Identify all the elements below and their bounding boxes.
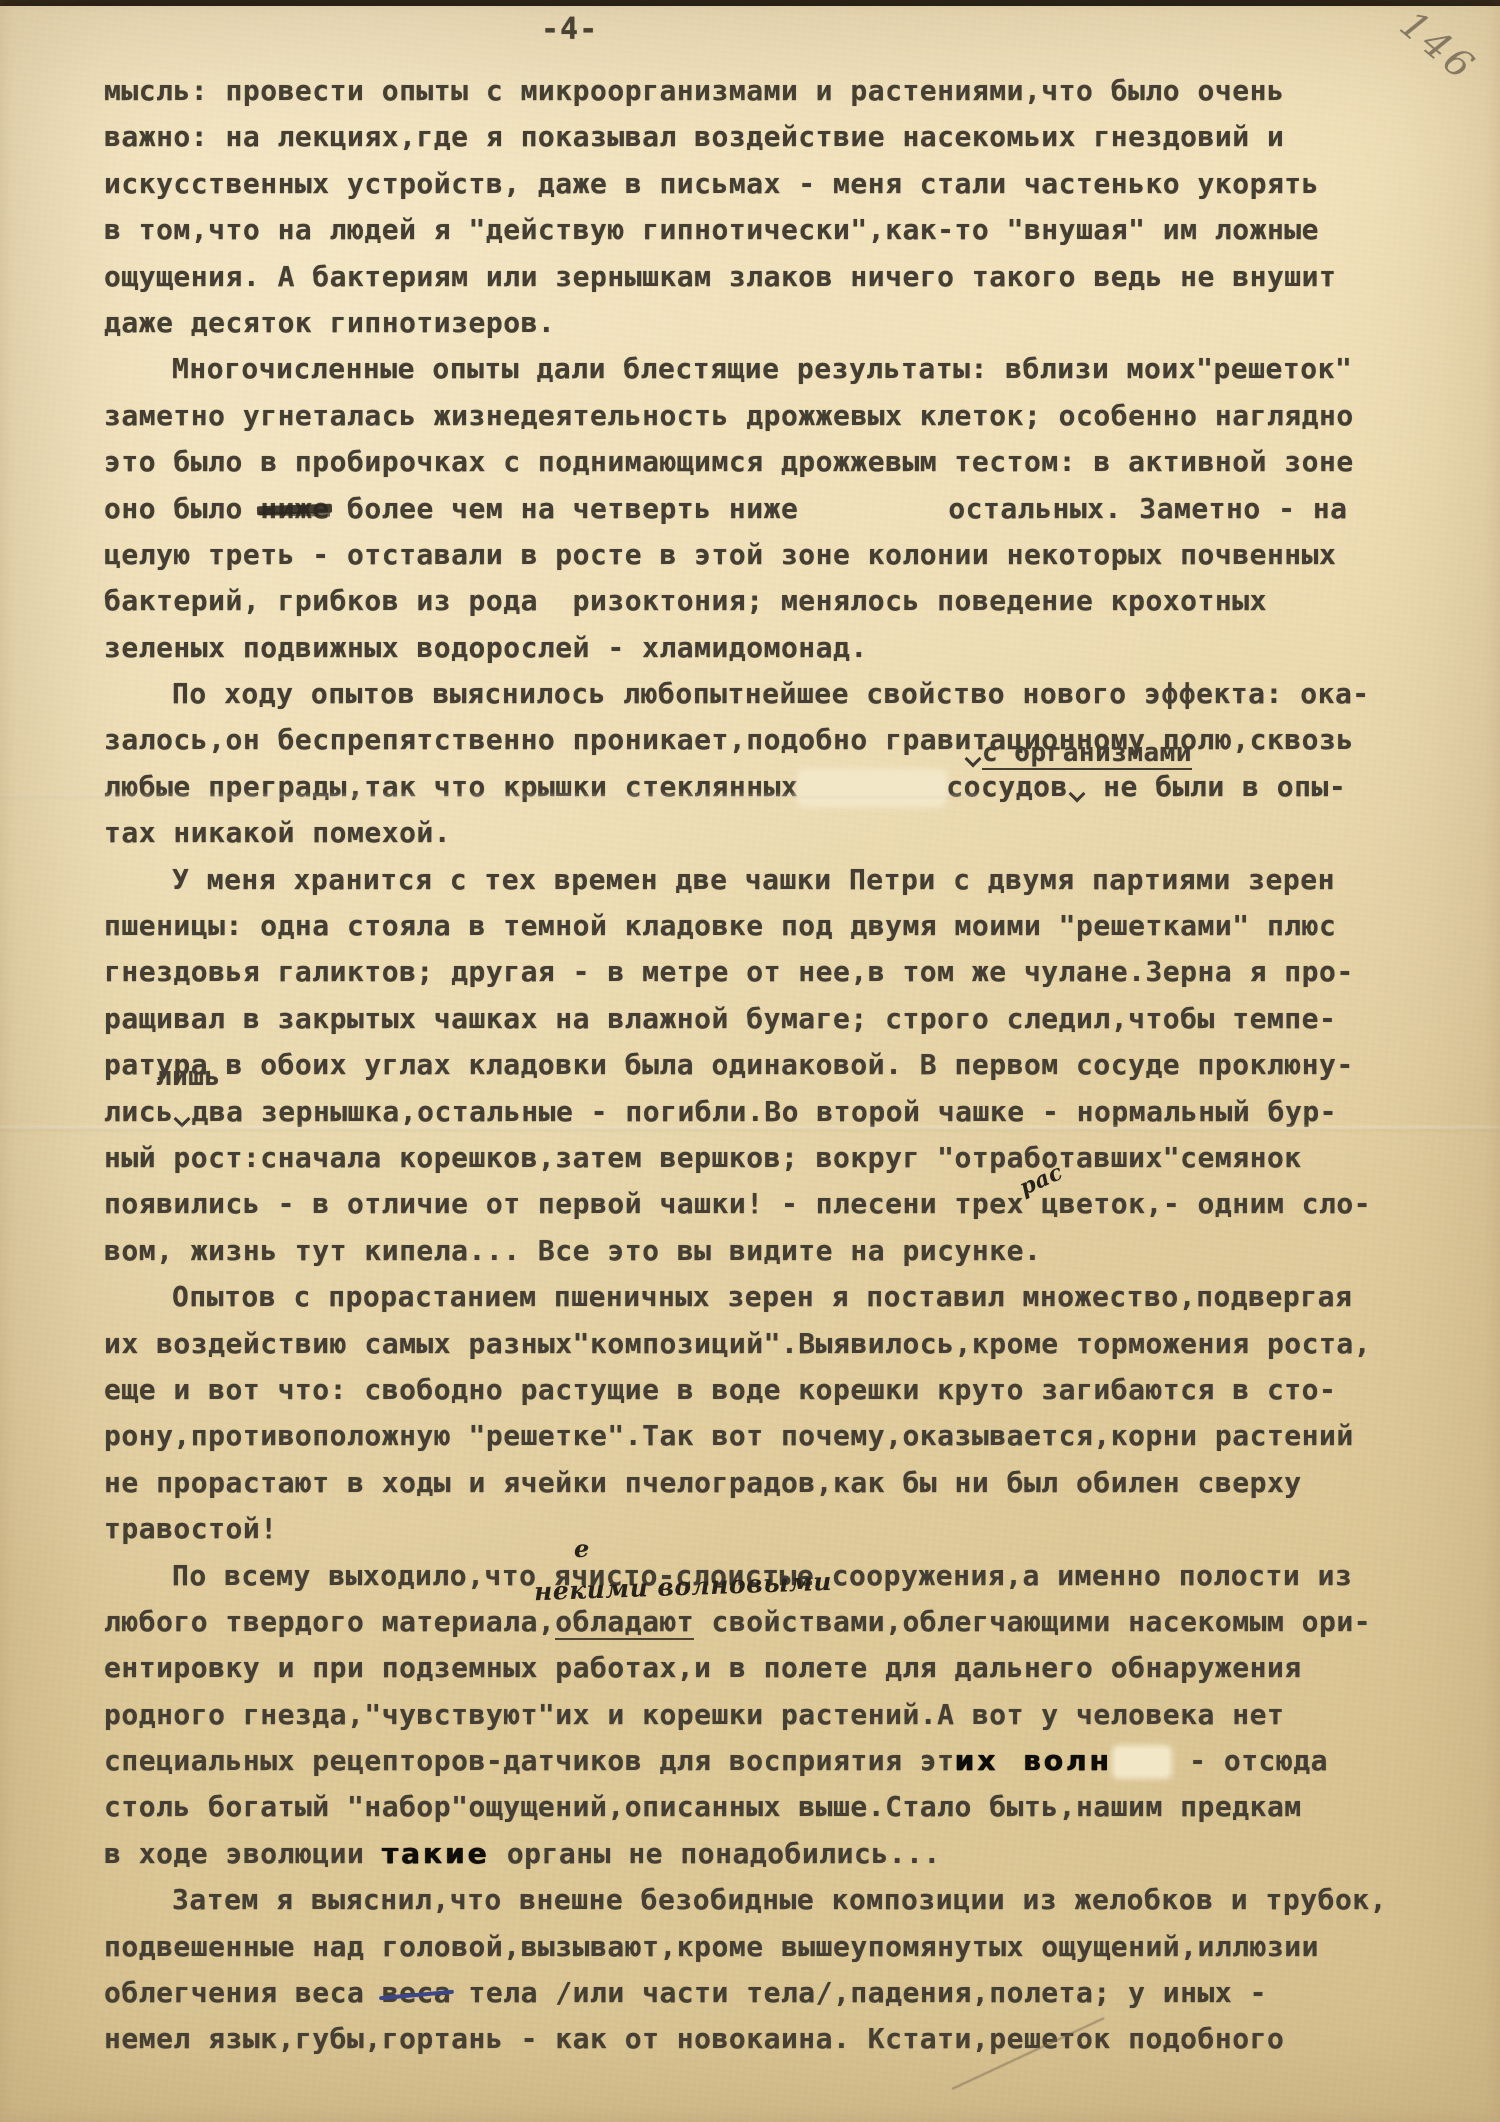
text-line: искусственных устройств, даже в письмах … <box>104 161 1387 207</box>
marker-correction: их волн <box>955 1744 1112 1777</box>
text-line: столь богатый "набор"ощущений,описанных … <box>104 1784 1387 1830</box>
whiteout-patch <box>1116 1749 1168 1775</box>
text-line: У меня хранится с тех времен две чашки П… <box>104 857 1387 903</box>
line-segment: любые преграды,так что крышки стеклянных <box>104 770 798 803</box>
typed-insert-above: лишь <box>156 1062 221 1092</box>
text-line: По ходу опытов выяснилось любопытнейшее … <box>104 671 1387 717</box>
pen-struck-word: веса <box>382 1976 451 2009</box>
text-line: Многочисленные опыты дали блестящие резу… <box>104 346 1387 392</box>
text-line: вом, жизнь тут кипела... Все это вы види… <box>104 1228 1387 1274</box>
text-line: важно: на лекциях,где я показывал воздей… <box>104 114 1387 160</box>
typewritten-text-column: мысль: провести опыты с микроорганизмами… <box>104 68 1387 2063</box>
line-segment: облегчения веса <box>104 1976 382 2009</box>
text-line: Затем я выяснил,что внешне безобидные ко… <box>104 1877 1387 1923</box>
line-segment: лись <box>104 1095 173 1128</box>
line-segment: оно было <box>104 492 260 525</box>
text-line: рону,противоположную "решетке".Так вот п… <box>104 1413 1387 1459</box>
text-line: ный рост:сначала корешков,затем вершков;… <box>104 1135 1387 1181</box>
text-line: ощущения. А бактериям или зернышкам злак… <box>104 254 1387 300</box>
line-segment: цветок,- одним сло- <box>1041 1187 1371 1220</box>
text-line: появились - в отличие от первой чашки! -… <box>104 1181 1387 1227</box>
struck-out-word: ниже <box>260 492 329 525</box>
line-segment: любого твердого материала, <box>104 1605 555 1638</box>
text-line: гнездовья галиктов; другая - в метре от … <box>104 949 1387 995</box>
text-line: ращивал в закрытых чашках на влажной бум… <box>104 996 1387 1042</box>
text-line: в том,что на людей я "действую гипнотиче… <box>104 207 1387 253</box>
insertion-caret <box>965 750 982 767</box>
text-line: залось,он беспрепятственно проникает,под… <box>104 717 1387 763</box>
insertion-caret <box>1068 785 1085 802</box>
text-line: это было в пробирочках с поднимающимся д… <box>104 439 1387 485</box>
text-line: целую треть - отставали в росте в этой з… <box>104 532 1387 578</box>
text-line: лисьдва зернышка,остальные - погибли.Во … <box>104 1089 1387 1135</box>
text-line: специальных рецепторов-датчиков для восп… <box>104 1738 1387 1784</box>
text-line: Опытов с прорастанием пшеничных зерен я … <box>104 1274 1387 1320</box>
text-line: зеленых подвижных водорослей - хламидомо… <box>104 625 1387 671</box>
underlined-word: обладают <box>555 1605 694 1640</box>
text-line: заметно угнеталась жизнедеятельность дро… <box>104 393 1387 439</box>
erased-gap <box>798 508 948 518</box>
folio-handwritten-number: 146 <box>1392 2 1485 90</box>
line-segment: органы не понадобились... <box>489 1837 940 1870</box>
text-line: бактерий, грибков из рода ризоктония; ме… <box>104 578 1387 624</box>
line-segment: появились - в отличие от первой чашки! -… <box>104 1187 1041 1220</box>
line-segment: более чем на четверть ниже <box>330 492 799 525</box>
line-segment: - отсюда <box>1172 1744 1328 1777</box>
marker-correction: такие <box>382 1837 490 1870</box>
text-line: ратура в обоих углах кладовки была одина… <box>104 1042 1387 1088</box>
line-segment: сосудов <box>946 770 1068 803</box>
page-number: -4- <box>541 12 598 47</box>
line-segment: два зернышка,остальные - погибли.Во втор… <box>191 1095 1337 1128</box>
line-segment: свойствами,облегчающими насекомым ори- <box>694 1605 1371 1638</box>
text-line: не прорастают в ходы и ячейки пчелоградо… <box>104 1460 1387 1506</box>
text-line: в ходе эволюции такие органы не понадоби… <box>104 1831 1387 1877</box>
text-line: ентировку и при подземных работах,и в по… <box>104 1645 1387 1691</box>
line-segment: остальных. Заметно - на <box>948 492 1347 525</box>
text-line: немел язык,губы,гортань - как от новокаи… <box>104 2016 1387 2062</box>
text-line: их воздействию самых разных"композиций".… <box>104 1321 1387 1367</box>
text-line: подвешенные над головой,вызывают,кроме в… <box>104 1924 1387 1970</box>
typed-insert-above: с организмами <box>964 738 1192 768</box>
text-line: облегчения веса веса тела /или части тел… <box>104 1970 1387 2016</box>
line-segment: По всему выходило,что яч <box>172 1559 589 1592</box>
line-segment: в ходе эволюции <box>104 1837 382 1870</box>
insertion-caret <box>174 1110 191 1127</box>
line-segment: не были в опы- <box>1086 770 1346 803</box>
text-line: тах никакой помехой. <box>104 810 1387 856</box>
text-line: мысль: провести опыты с микроорганизмами… <box>104 68 1387 114</box>
inserted-words: с организмами <box>982 738 1192 770</box>
scan-edge <box>0 0 1500 6</box>
text-line: даже десяток гипнотизеров. <box>104 300 1387 346</box>
line-segment: специальных рецепторов-датчиков для восп… <box>104 1744 955 1777</box>
line-segment: тела /или части тела/,падения,полета; у … <box>451 1976 1267 2009</box>
handwritten-insert: е <box>574 1534 590 1563</box>
text-line: любые преграды,так что крышки стеклянных… <box>104 764 1387 810</box>
text-line: пшеницы: одна стояла в темной кладовке п… <box>104 903 1387 949</box>
text-line: родного гнезда,"чувствуют"их и корешки р… <box>104 1692 1387 1738</box>
whiteout-patch <box>802 774 942 802</box>
text-line: любого твердого материала,обладают свойс… <box>104 1599 1387 1645</box>
text-line: еще и вот что: свободно растущие в воде … <box>104 1367 1387 1413</box>
text-line: травостой! <box>104 1506 1387 1552</box>
text-line: оно было ниже более чем на четверть ниже… <box>104 486 1387 532</box>
